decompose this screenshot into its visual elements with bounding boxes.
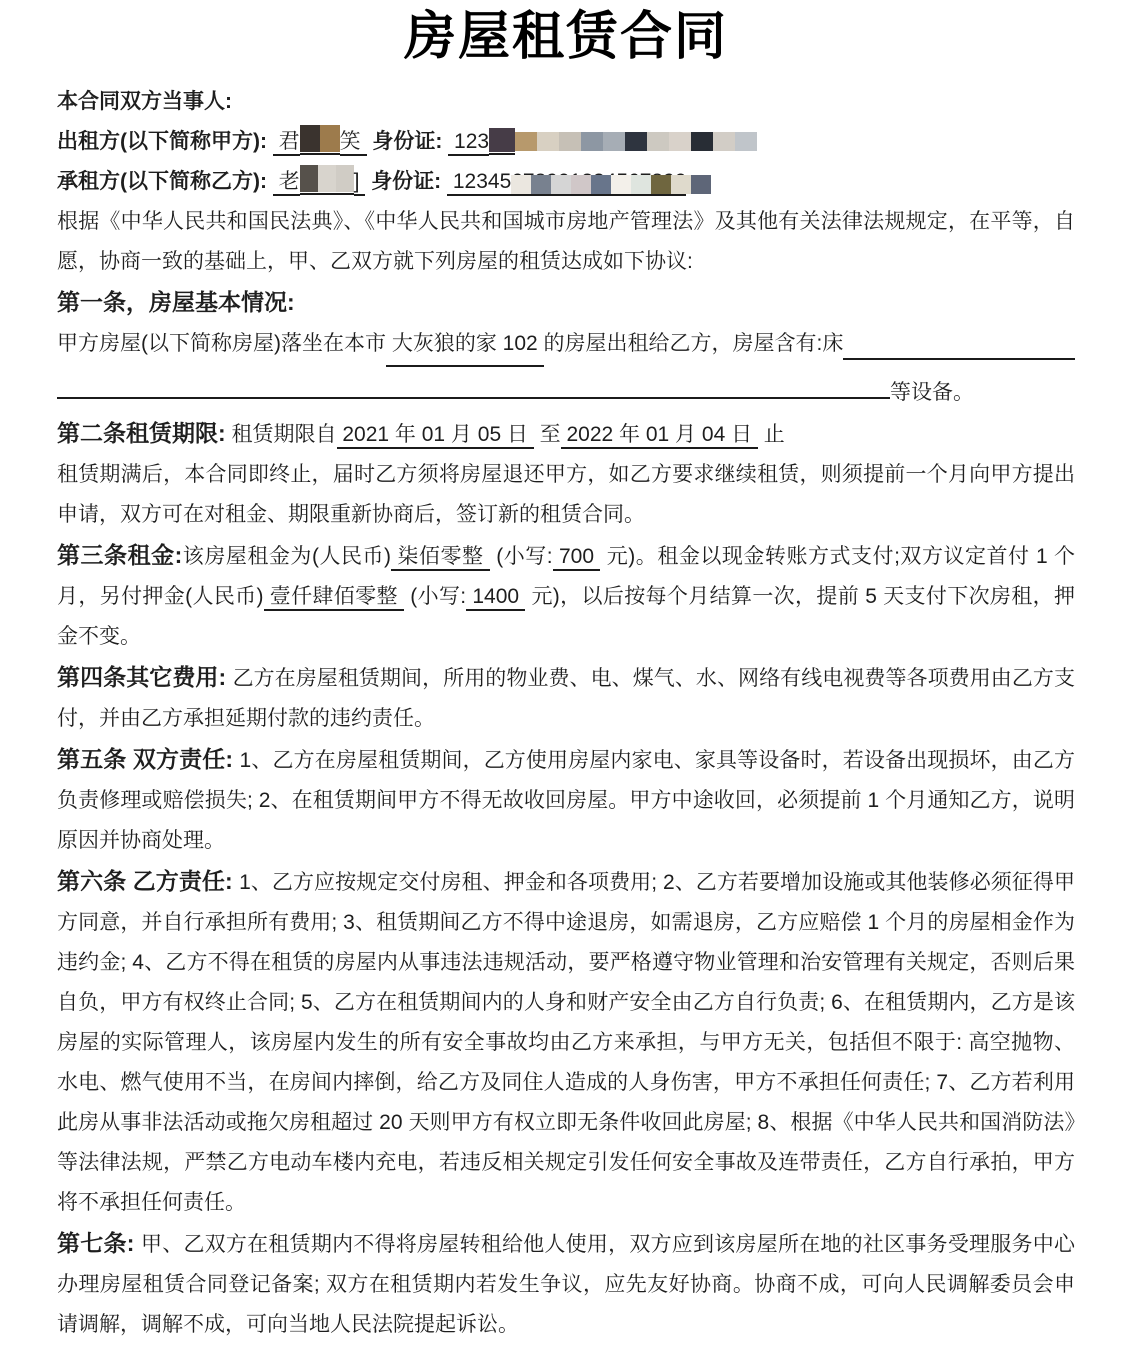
redaction-block xyxy=(489,128,515,155)
party-b-line: 承租方(以下简称乙方): 老] 身份证: 1234567890123456789… xyxy=(57,162,1075,202)
preamble-paragraph: 根据《中华人民共和国民法典》、《中华人民共和国城市房地产管理法》及其他有关法律法… xyxy=(57,202,1075,282)
clause-5-mutual-duties: 第五条 双方责任: 1、乙方在房屋租赁期间，乙方使用房屋内家电、家具等设备时，若… xyxy=(57,739,1075,861)
clause-1-line-2: 等设备。 xyxy=(57,367,1075,413)
clause-1-heading: 第一条，房屋基本情况: xyxy=(57,282,1075,324)
contract-document: 房屋租赁合同 本合同双方当事人: 出租方(以下简称甲方): 君笑 身份证: 12… xyxy=(0,0,1132,1353)
clause-1-line-1: 甲方房屋(以下简称房屋)落坐在本市 大灰狼的家 102 的房屋出租给乙方，房屋含… xyxy=(57,324,1075,367)
clause-7-no-sublet: 第七条: 甲、乙双方在租赁期内不得将房屋转租给他人使用，双方应到该房屋所在地的社… xyxy=(57,1223,1075,1345)
clause-6-tenant-duties: 第六条 乙方责任: 1、乙方应按规定交付房租、押金和各项费用; 2、乙方若要增加… xyxy=(57,861,1075,1223)
clause-3-rent: 第三条租金:该房屋租金为(人民币) 柒佰零整 (小写: 700 元)。租金以现金… xyxy=(57,535,1075,657)
clause-2-term-line: 第二条租赁期限: 租赁期限自 2021 年 01 月 05 日 至 2022 年… xyxy=(57,413,1075,455)
document-title: 房屋租赁合同 xyxy=(57,6,1075,68)
clause-4-other-fees: 第四条其它费用: 乙方在房屋租赁期间，所用的物业费、电、煤气、水、网络有线电视费… xyxy=(57,657,1075,739)
parties-heading: 本合同双方当事人: xyxy=(57,82,1075,122)
clause-2-body: 租赁期满后，本合同即终止，届时乙方须将房屋退还甲方，如乙方要求继续租赁，则须提前… xyxy=(57,455,1075,535)
blank-underline xyxy=(57,367,890,399)
party-a-line: 出租方(以下简称甲方): 君笑 身份证: 1235678901234567890 xyxy=(57,122,1075,162)
redaction-block xyxy=(300,125,340,155)
redaction-mosaic-band xyxy=(515,132,757,151)
redaction-mosaic-band xyxy=(511,175,711,194)
blank-underline xyxy=(843,324,1075,360)
redaction-block xyxy=(300,165,354,195)
